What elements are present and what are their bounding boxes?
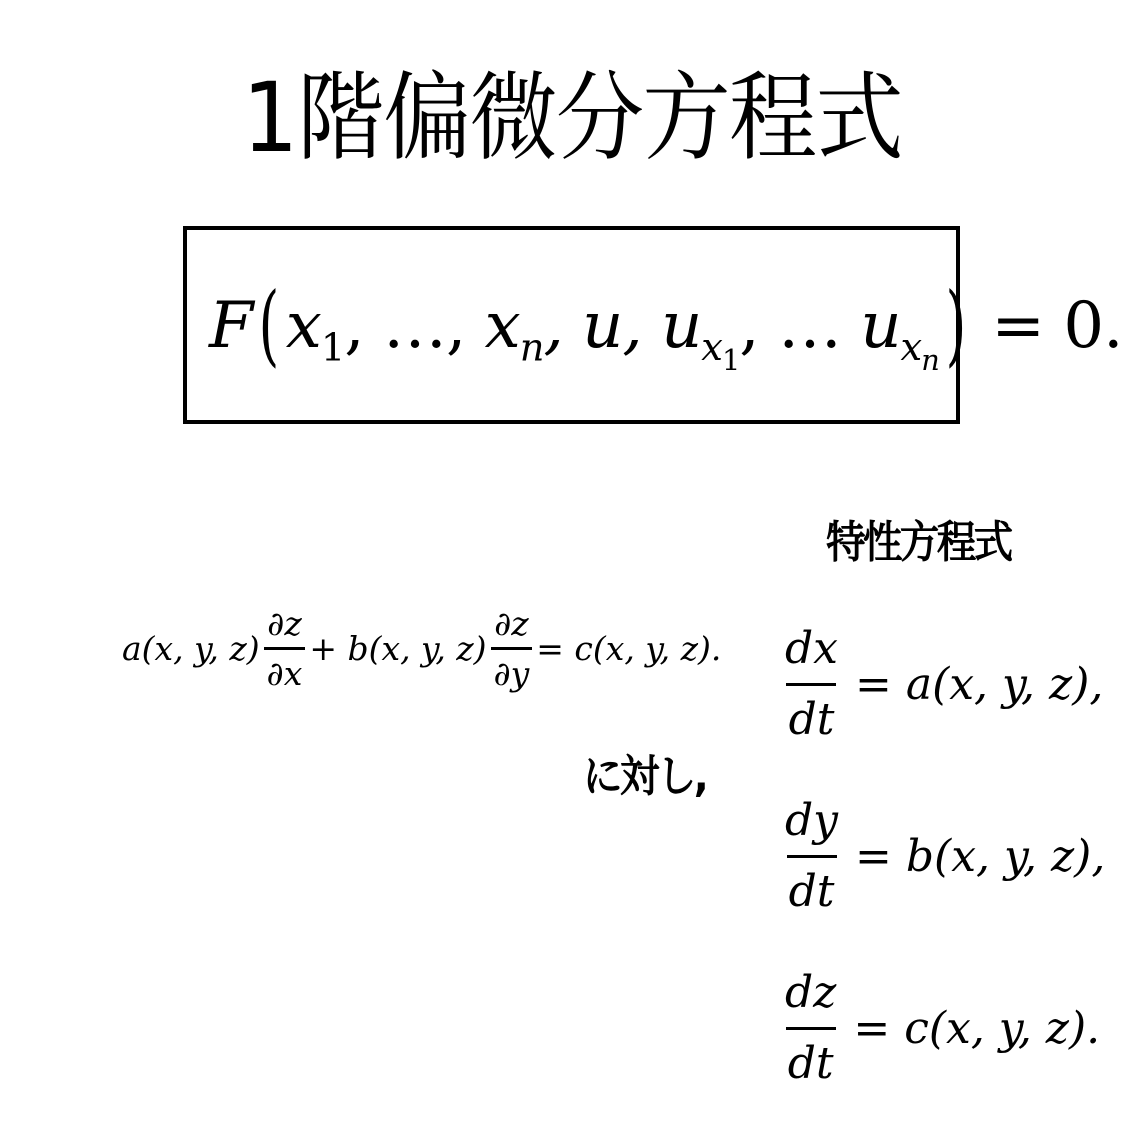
coefficient-a: a(x, y, z) xyxy=(122,629,260,668)
numerator: dx xyxy=(782,621,841,677)
characteristic-label: 特性方程式 xyxy=(826,506,1011,570)
quasilinear-pde: a(x, y, z) ∂z ∂x + b(x, y, z) ∂z ∂y = c(… xyxy=(122,604,721,693)
numerator: ∂z xyxy=(491,604,531,643)
denominator: ∂y xyxy=(491,654,533,693)
rhs-c: = c(x, y, z). xyxy=(536,629,721,668)
rhs-a: = a(x, y, z), xyxy=(855,659,1103,710)
numerator: dy xyxy=(782,793,841,849)
fraction-bar xyxy=(264,647,306,650)
fraction-dy-dt: dy dt xyxy=(782,793,841,920)
characteristic-equation-z: dz dt = c(x, y, z). xyxy=(782,942,1105,1114)
numerator: dz xyxy=(782,965,839,1021)
subscript-n: n xyxy=(520,325,544,370)
subscript-n: n xyxy=(921,344,939,378)
fraction-dz-dy: ∂z ∂y xyxy=(491,604,533,693)
subscript-x: x xyxy=(701,325,722,370)
var-x1: x xyxy=(286,289,321,363)
var-u-xn: u xyxy=(860,289,900,363)
fraction-bar xyxy=(786,1027,836,1030)
ellipsis-1: , …, xyxy=(344,289,484,363)
denominator: dt xyxy=(785,1036,837,1092)
function-F: F xyxy=(209,289,252,363)
subscript-x: x xyxy=(901,325,922,370)
denominator: dt xyxy=(786,864,838,920)
denominator: ∂x xyxy=(264,654,306,693)
rhs-b: = b(x, y, z), xyxy=(855,831,1105,882)
right-paren: ) xyxy=(945,280,965,370)
characteristic-equation-x: dx dt = a(x, y, z), xyxy=(782,598,1105,770)
subscript-1: 1 xyxy=(321,325,344,370)
left-paren: ( xyxy=(259,280,279,370)
characteristic-equations: dx dt = a(x, y, z), dy dt = b(x, y, z), … xyxy=(782,598,1105,1114)
connector-text: に対し, xyxy=(583,740,706,804)
rhs-c: = c(x, y, z). xyxy=(853,1003,1100,1054)
subscript-1: 1 xyxy=(722,344,739,378)
var-xn: x xyxy=(485,289,520,363)
fraction-dz-dx: ∂z ∂x xyxy=(264,604,306,693)
fraction-dz-dt: dz dt xyxy=(782,965,839,1092)
fraction-dx-dt: dx dt xyxy=(782,621,841,748)
page-title: 1階偏微分方程式 xyxy=(46,56,1098,180)
var-u-x1: u xyxy=(661,289,701,363)
var-u: , u, xyxy=(543,289,661,363)
ellipsis-2: , … xyxy=(739,289,860,363)
coefficient-b: + b(x, y, z) xyxy=(309,629,486,668)
characteristic-equation-y: dy dt = b(x, y, z), xyxy=(782,770,1105,942)
denominator: dt xyxy=(786,692,838,748)
fraction-bar xyxy=(491,647,533,650)
fraction-bar xyxy=(787,855,837,858)
general-first-order-pde: F(x1, …, xn, u, ux1, … uxn) = 0. xyxy=(209,280,1122,371)
boxed-general-equation: F(x1, …, xn, u, ux1, … uxn) = 0. xyxy=(183,226,960,424)
equals-zero: = 0. xyxy=(972,289,1122,363)
numerator: ∂z xyxy=(264,604,304,643)
fraction-bar xyxy=(786,683,836,686)
